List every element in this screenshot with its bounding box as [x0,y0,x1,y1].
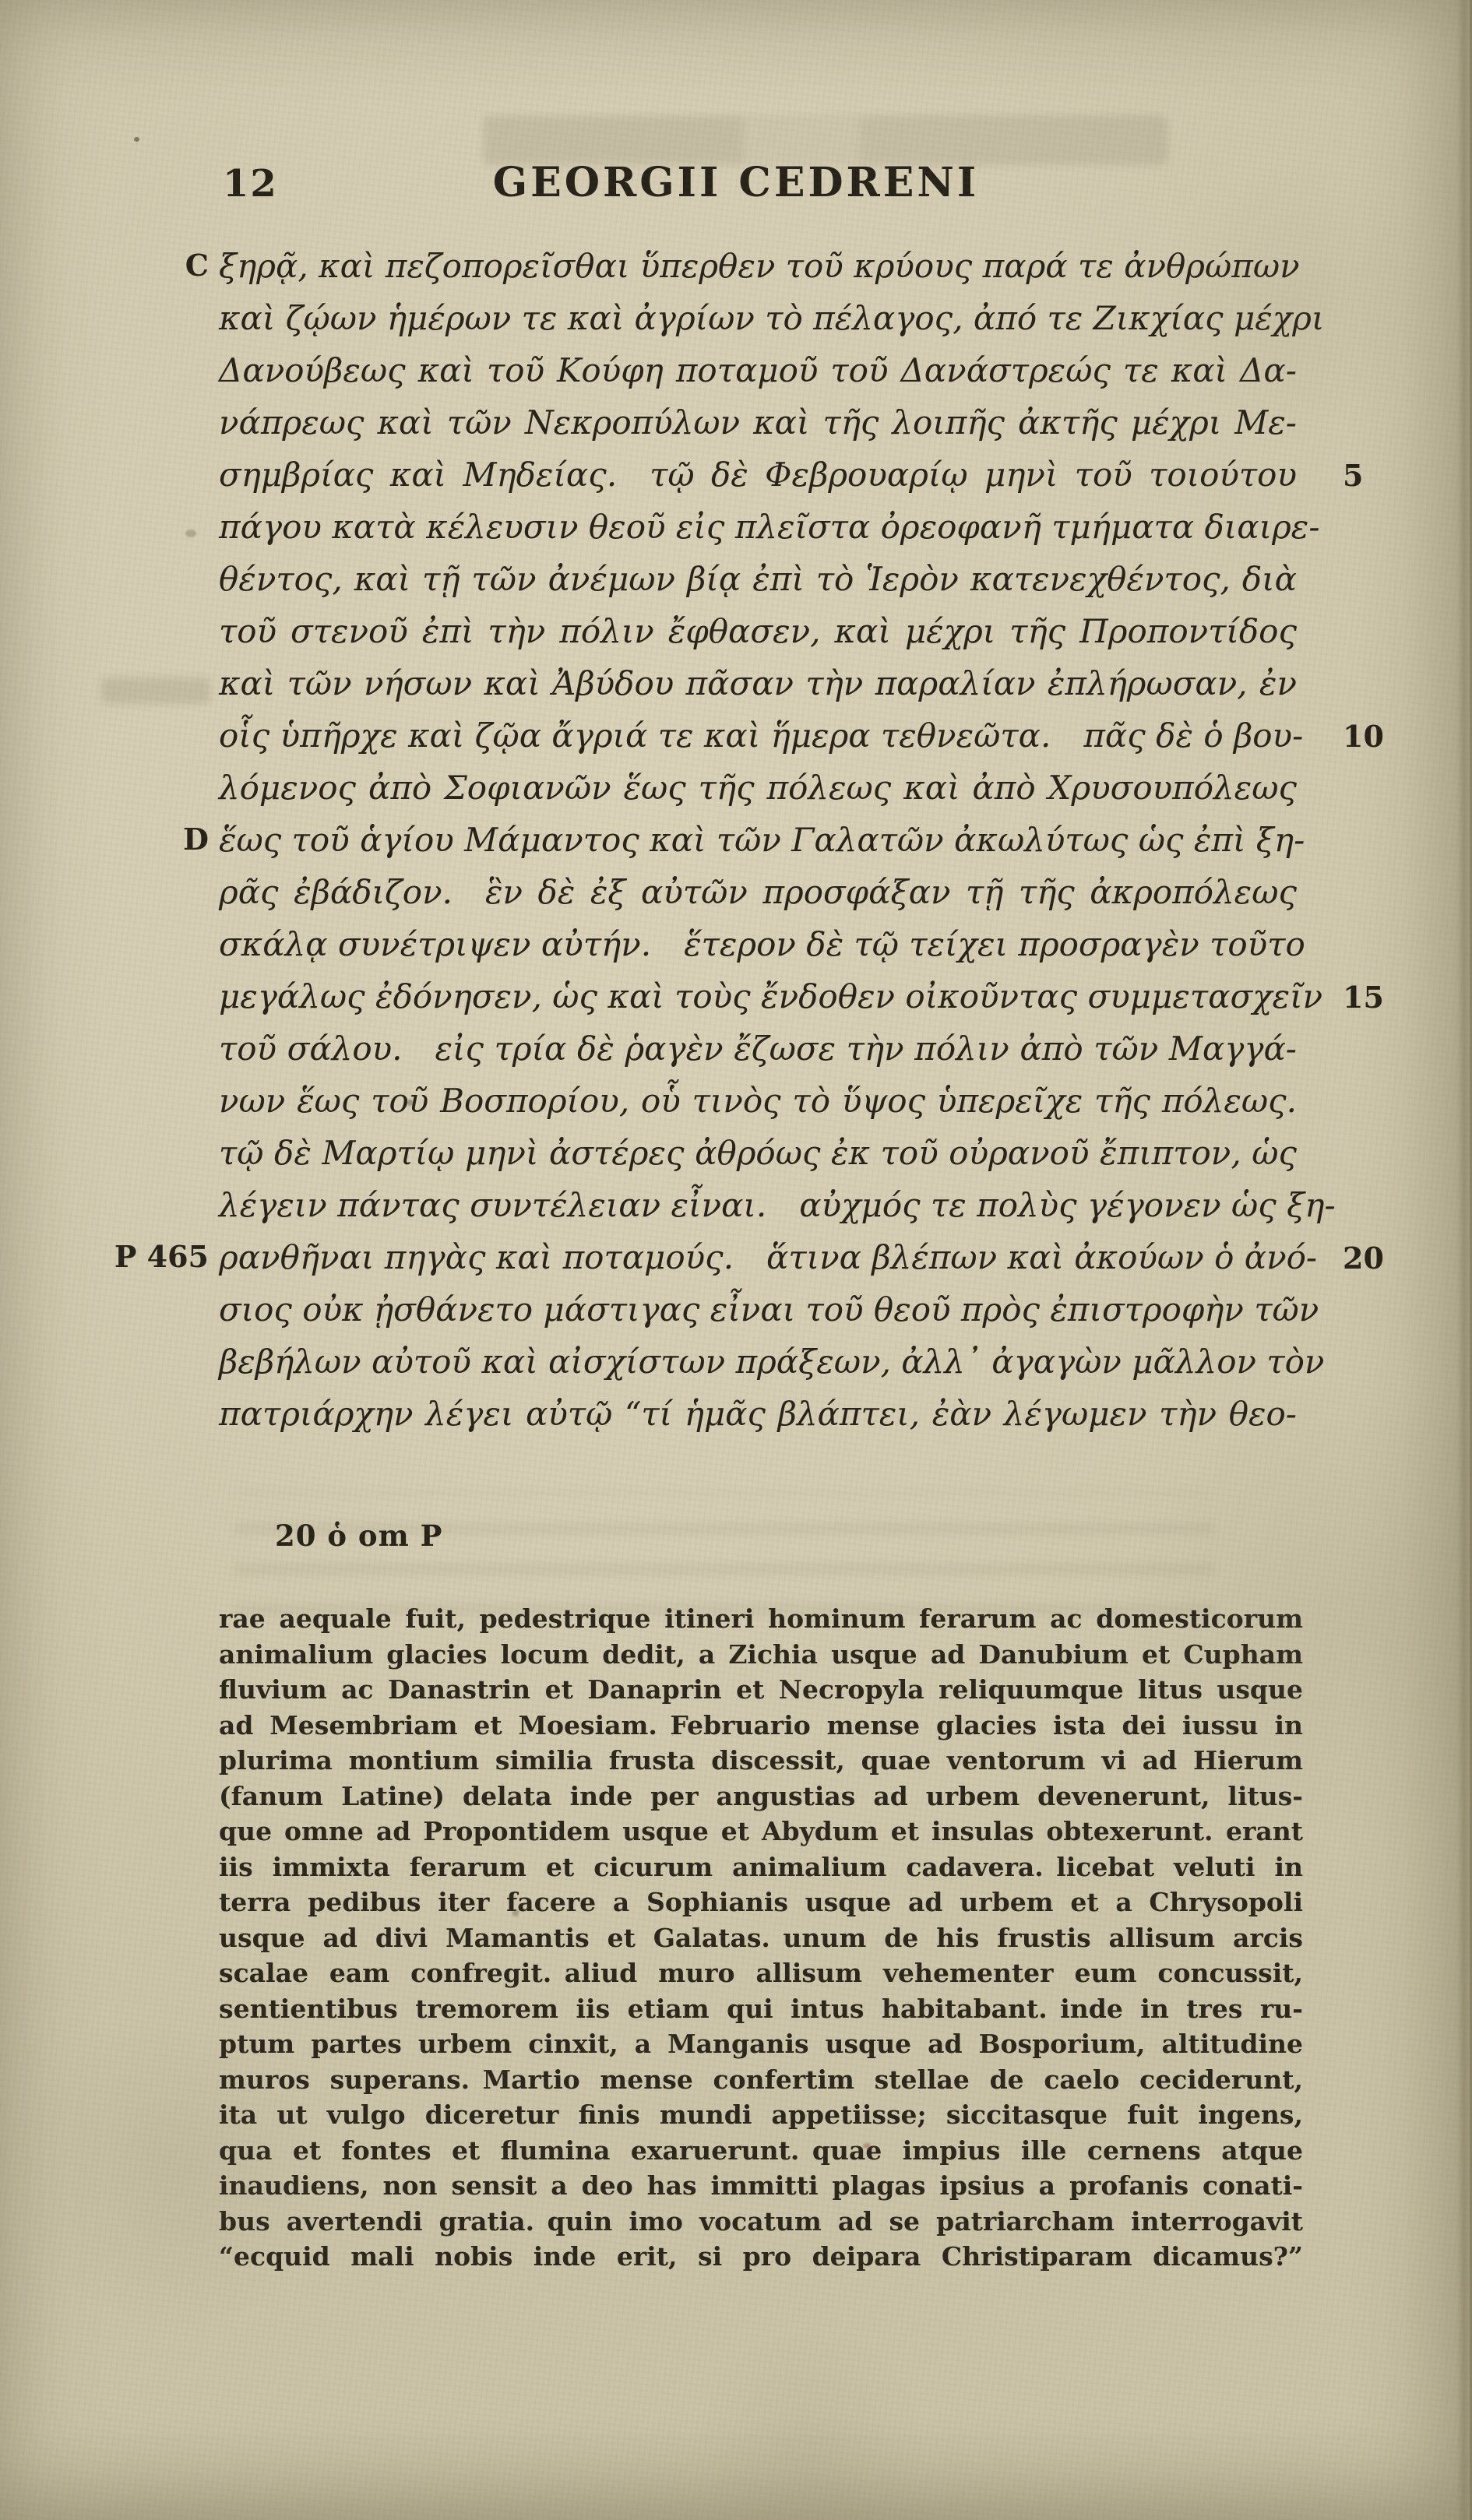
paper-speck [134,137,139,142]
latin-line: iis immixta ferarum et cicurum animalium… [219,1850,1303,1886]
paper-speck [185,530,196,537]
line-number: 5 [1343,458,1413,493]
greek-line: οἷς ὑπῆρχε καὶ ζῷα ἄγριά τε καὶ ἥμερα τε… [219,713,1297,765]
margin-siglum: C [0,248,209,283]
greek-line: πατριάρχην λέγει αὐτῷ “τί ἡμᾶς βλάπτει, … [219,1391,1297,1443]
greek-line: λέγειν πάντας συντέλειαν εἶναι. αὐχμός τ… [219,1182,1297,1234]
greek-line: ρανθῆναι πηγὰς καὶ ποταμούς. ἅτινα βλέπω… [219,1234,1297,1286]
greek-line: Δανούβεως καὶ τοῦ Κούφη ποταμοῦ τοῦ Δανά… [219,347,1297,399]
latin-line: fluvium ac Danastrin et Danaprin et Necr… [219,1673,1303,1709]
greek-line: νάπρεως καὶ τῶν Νεκροπύλων καὶ τῆς λοιπῆ… [219,399,1297,452]
bleed-through-middle [234,1491,1215,1616]
latin-line: plurima montium similia frusta discessit… [219,1744,1303,1779]
latin-line: ad Mesembriam et Moesiam. Februario mens… [219,1709,1303,1744]
latin-line: animalium glacies locum dedit, a Zichia … [219,1638,1303,1674]
greek-line: μεγάλως ἐδόνησεν, ὡς καὶ τοὺς ἔνδοθεν οἰ… [219,973,1297,1026]
greek-line: σιος οὐκ ᾐσθάνετο μάστιγας εἶναι τοῦ θεο… [219,1286,1297,1339]
apparatus-note: 20 ὁ om P [275,1519,442,1553]
greek-line: θέντος, καὶ τῇ τῶν ἀνέμων βίᾳ ἐπὶ τὸ Ἱερ… [219,556,1297,608]
greek-line: ρᾶς ἐβάδιζον. ἓν δὲ ἐξ αὐτῶν προσφάξαν τ… [219,869,1297,921]
greek-line: ξηρᾷ, καὶ πεζοπορεῖσθαι ὕπερθεν τοῦ κρύο… [219,243,1297,295]
greek-line: σημβρίας καὶ Μηδείας. τῷ δὲ Φεβρουαρίῳ μ… [219,452,1297,504]
line-number: 20 [1343,1241,1413,1276]
latin-line: inaudiens, non sensit a deo has immitti … [219,2169,1303,2205]
greek-line: λόμενος ἀπὸ Σοφιανῶν ἕως τῆς πόλεως καὶ … [219,765,1297,817]
greek-line: τοῦ σάλου. εἰς τρία δὲ ῥαγὲν ἔζωσε τὴν π… [219,1026,1297,1078]
latin-line: rae aequale fuit, pedestrique itineri ho… [219,1602,1303,1638]
bleed-through-header [483,115,1168,165]
line-number: 15 [1343,980,1413,1015]
latin-line: (fanum Latine) delata inde per angustias… [219,1779,1303,1815]
latin-line: scalae eam confregit. aliud muro allisum… [219,1956,1303,1992]
latin-line: usque ad divi Mamantis et Galatas. unum … [219,1921,1303,1957]
latin-line: sentientibus tremorem iis etiam qui intu… [219,1992,1303,2028]
line-number: 10 [1343,719,1413,754]
book-page: 12 GEORGII CEDRENI ξηρᾷ, καὶ πεζοπορεῖσθ… [0,0,1472,2520]
margin-siglum: D [0,822,209,857]
greek-line: καὶ τῶν νήσων καὶ Ἀβύδου πᾶσαν τὴν παραλ… [219,660,1297,713]
latin-line: bus avertendi gratia. quin imo vocatum a… [219,2205,1303,2240]
bleed-through-left [101,678,210,704]
greek-line: τῷ δὲ Μαρτίῳ μηνὶ ἀστέρες ἀθρόως ἐκ τοῦ … [219,1130,1297,1182]
latin-line: muros superans. Martio mense confertim s… [219,2063,1303,2099]
latin-line: ita ut vulgo diceretur finis mundi appet… [219,2098,1303,2134]
greek-line: βεβήλων αὐτοῦ καὶ αἰσχίστων πράξεων, ἀλλ… [219,1339,1297,1391]
greek-line: σκάλᾳ συνέτριψεν αὐτήν. ἕτερον δὲ τῷ τεί… [219,921,1297,973]
page-right-edge [1457,0,1472,2520]
greek-line: τοῦ στενοῦ ἐπὶ τὴν πόλιν ἔφθασεν, καὶ μέ… [219,608,1297,660]
greek-line: πάγου κατὰ κέλευσιν θεοῦ εἰς πλεῖστα ὀρε… [219,504,1297,556]
running-title: GEORGII CEDRENI [0,159,1472,206]
latin-line: ptum partes urbem cinxit, a Manganis usq… [219,2027,1303,2063]
greek-line: καὶ ζῴων ἡμέρων τε καὶ ἀγρίων τὸ πέλαγος… [219,295,1297,347]
latin-line: qua et fontes et flumina exaruerunt. qua… [219,2134,1303,2170]
greek-line: νων ἕως τοῦ Βοσπορίου, οὗ τινὸς τὸ ὕψος … [219,1078,1297,1130]
latin-line: “ecquid mali nobis inde erit, si pro dei… [219,2240,1303,2275]
latin-line: terra pedibus iter facere a Sophianis us… [219,1885,1303,1921]
margin-siglum: P 465 [0,1239,209,1274]
greek-line: ἕως τοῦ ἁγίου Μάμαντος καὶ τῶν Γαλατῶν ἀ… [219,817,1297,869]
latin-line: que omne ad Propontidem usque et Abydum … [219,1814,1303,1850]
